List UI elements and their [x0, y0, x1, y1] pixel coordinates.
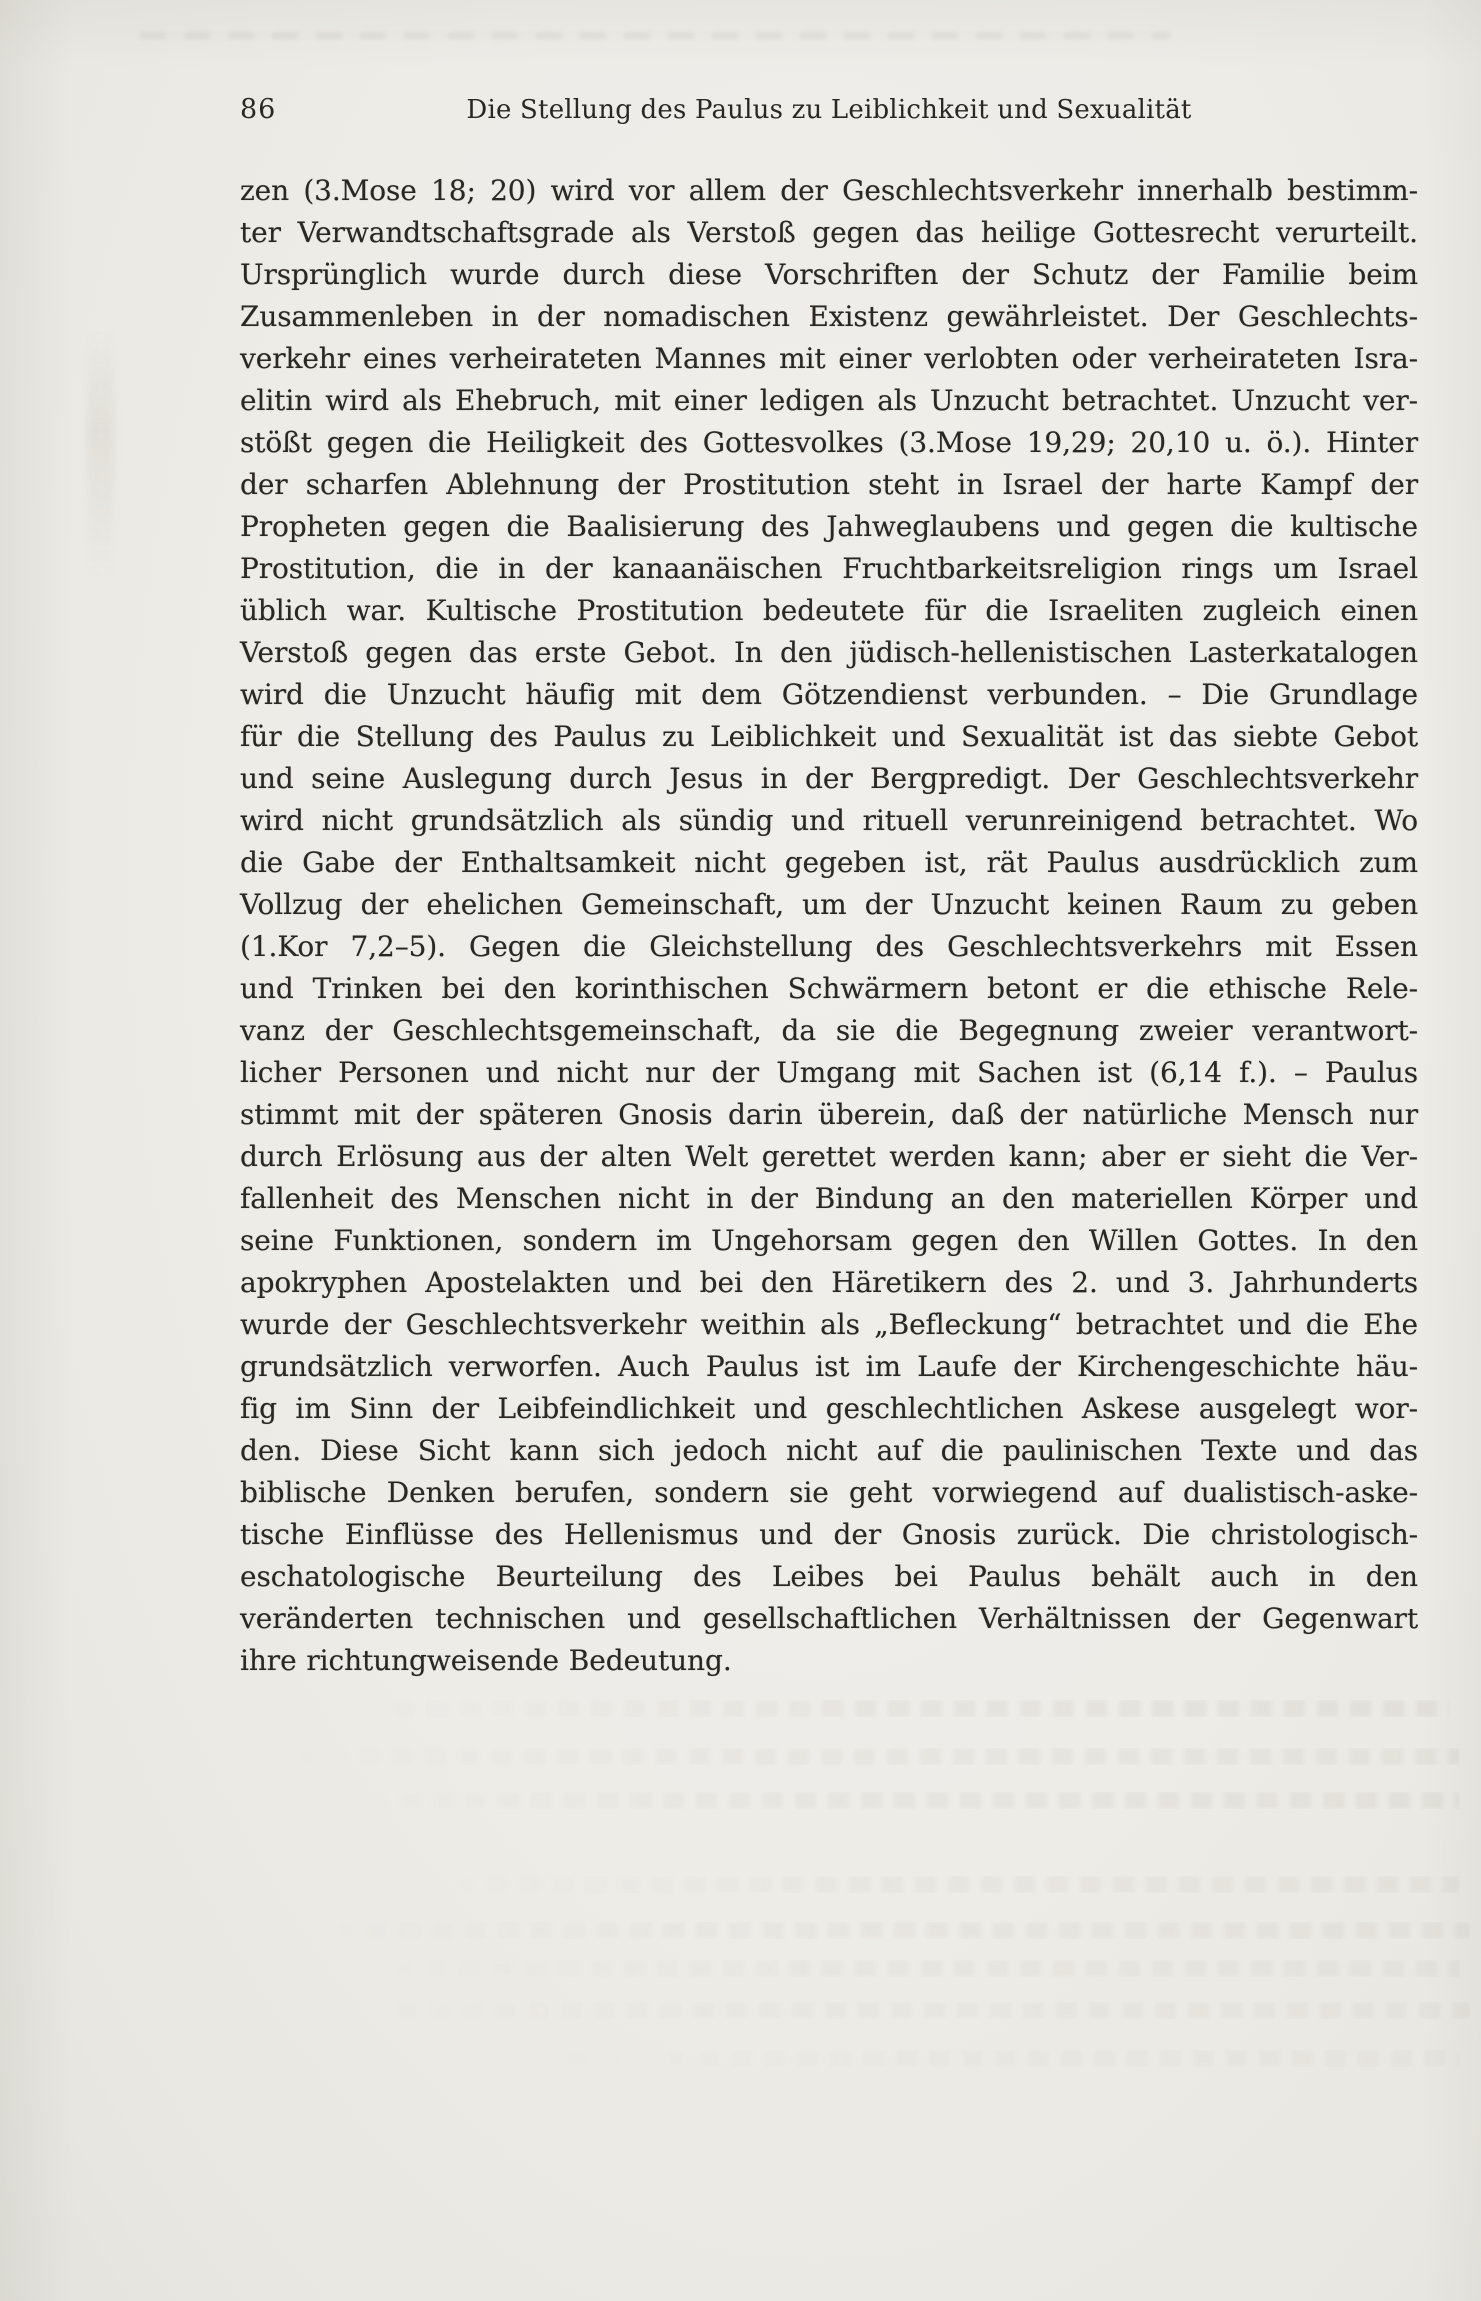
text-line: Prostitution, die in der kanaanäischen F… [240, 548, 1418, 590]
bleedthrough-line [300, 1922, 1470, 1939]
bleedthrough-line [420, 1876, 1460, 1893]
scan-smudge [140, 32, 1170, 39]
text-line: Zusammenleben in der nomadischen Existen… [240, 296, 1418, 338]
text-line: für die Stellung des Paulus zu Leiblichk… [240, 716, 1418, 758]
body-text: zen (3.Mose 18; 20) wird vor allem der G… [240, 170, 1418, 1682]
text-line: veränderten technischen und gesellschaft… [240, 1598, 1418, 1640]
text-line: fallenheit des Menschen nicht in der Bin… [240, 1178, 1418, 1220]
text-line: tische Einflüsse des Hellenismus und der… [240, 1514, 1418, 1556]
scan-streak [88, 330, 114, 580]
bleedthrough-line [360, 1700, 1450, 1717]
book-page-scan: 86 Die Stellung des Paulus zu Leiblichke… [0, 0, 1481, 2301]
text-line: Vollzug der ehelichen Gemeinschaft, um d… [240, 884, 1418, 926]
text-line: Propheten gegen die Baalisierung des Jah… [240, 506, 1418, 548]
text-line: den. Diese Sicht kann sich jedoch nicht … [240, 1430, 1418, 1472]
text-line: wird die Unzucht häufig mit dem Götzendi… [240, 674, 1418, 716]
text-line: vanz der Geschlechtsgemeinschaft, da sie… [240, 1010, 1418, 1052]
running-title: Die Stellung des Paulus zu Leiblichkeit … [240, 95, 1418, 125]
text-line: (1.Kor 7,2–5). Gegen die Gleichstellung … [240, 926, 1418, 968]
text-line: üblich war. Kultische Prostitution bedeu… [240, 590, 1418, 632]
text-line: die Gabe der Enthaltsamkeit nicht gegebe… [240, 842, 1418, 884]
text-line: stößt gegen die Heiligkeit des Gottesvol… [240, 422, 1418, 464]
text-line: ter Verwandtschaftsgrade als Verstoß geg… [240, 212, 1418, 254]
text-line: wird nicht grundsätzlich als sündig und … [240, 800, 1418, 842]
text-line: stimmt mit der späteren Gnosis darin übe… [240, 1094, 1418, 1136]
bleedthrough-line [300, 1792, 1460, 1809]
text-line: und seine Auslegung durch Jesus in der B… [240, 758, 1418, 800]
text-line: Ursprünglich wurde durch diese Vorschrif… [240, 254, 1418, 296]
text-line: apokryphen Apostelakten und bei den Häre… [240, 1262, 1418, 1304]
text-line: der scharfen Ablehnung der Prostitution … [240, 464, 1418, 506]
text-line: durch Erlösung aus der alten Welt gerett… [240, 1136, 1418, 1178]
text-line: biblische Denken berufen, sondern sie ge… [240, 1472, 1418, 1514]
page-header: 86 Die Stellung des Paulus zu Leiblichke… [240, 94, 1418, 134]
text-line: fig im Sinn der Leibfeindlichkeit und ge… [240, 1388, 1418, 1430]
text-line: wurde der Geschlechtsverkehr weithin als… [240, 1304, 1418, 1346]
text-line: verkehr eines verheirateten Mannes mit e… [240, 338, 1418, 380]
bleedthrough-line [360, 1960, 1460, 1977]
text-line: seine Funktionen, sondern im Ungehorsam … [240, 1220, 1418, 1262]
text-line: und Trinken bei den korinthischen Schwär… [240, 968, 1418, 1010]
text-line: zen (3.Mose 18; 20) wird vor allem der G… [240, 170, 1418, 212]
bleedthrough-line [500, 2050, 1460, 2067]
bleedthrough-line [260, 1748, 1460, 1765]
text-line: licher Personen und nicht nur der Umgang… [240, 1052, 1418, 1094]
bleedthrough-line [330, 2002, 1470, 2019]
text-line: Verstoß gegen das erste Gebot. In den jü… [240, 632, 1418, 674]
text-line: ihre richtungweisende Bedeutung. [240, 1640, 1418, 1682]
text-line: elitin wird als Ehebruch, mit einer ledi… [240, 380, 1418, 422]
text-line: eschatologische Beurteilung des Leibes b… [240, 1556, 1418, 1598]
text-line: grundsätzlich verworfen. Auch Paulus ist… [240, 1346, 1418, 1388]
